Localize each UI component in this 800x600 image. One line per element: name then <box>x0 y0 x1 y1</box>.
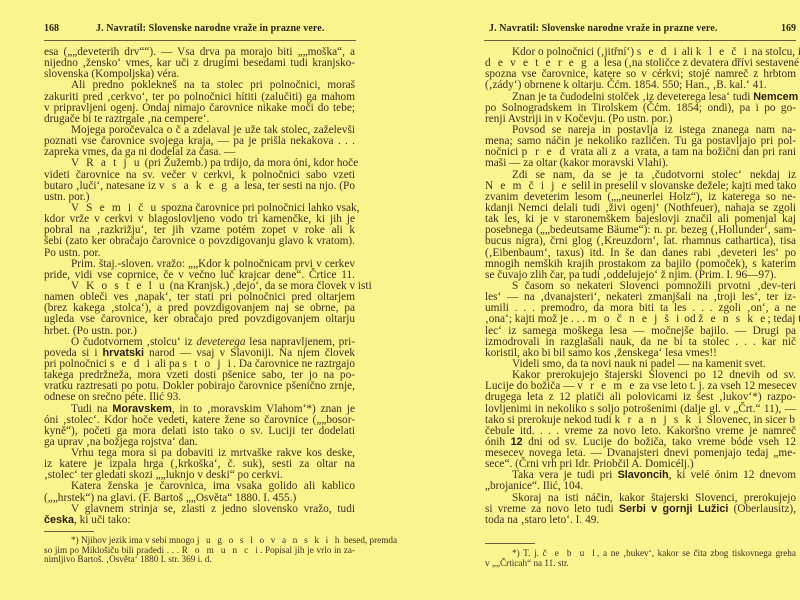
bold-emphasis: Serbi v gornji Lužici <box>619 503 729 515</box>
spaced-emphasis: j u g o s l o v a n s k i h <box>197 535 342 545</box>
footnote-rule <box>44 531 94 532</box>
bold-emphasis: Moravskem <box>112 403 171 415</box>
running-title: J. Navratil: Slovenske narodne vraže in … <box>489 23 717 34</box>
italic-emphasis: deveterega <box>196 336 245 348</box>
text-line: Ali predno poklekneš na ta stolec pri po… <box>44 80 355 91</box>
header-rule <box>484 40 796 41</box>
body-text: Kdor o polnočnici (‚jitřní‘) s e d i ali… <box>485 47 796 526</box>
running-head: J. Navratil: Slovenske narodne vraže in … <box>484 23 796 37</box>
text-line: Tudi na Moravskem, in to ‚moravskim Vlah… <box>44 404 355 415</box>
text-line: (‚Eibenbaum‘, taxus) itd. In še dan dane… <box>485 248 796 259</box>
text-line: (‚zády‘) obrnene k oltarju. Čćm. 1854. 5… <box>485 80 796 91</box>
bold-emphasis: česka <box>44 514 74 526</box>
running-head: 168 J. Navratil: Slovenske narodne vraže… <box>44 23 356 37</box>
text-line: V R a t j u (pri Žužemb.) pa trdijo, da … <box>44 158 355 169</box>
text-line: ugleda vse čarovnice, ker obračajo pred … <box>44 314 355 325</box>
spaced-emphasis: v s a k e g a <box>159 180 242 192</box>
text-line: šebi (zato ker obračajo čarovnice o povz… <box>44 236 355 247</box>
spaced-emphasis: b r e z <box>789 414 800 426</box>
header-rule <box>44 40 356 41</box>
text-line: maši — za oltar (kakor moravski Vlahi). <box>485 158 796 169</box>
text-line: odnese on srečno péte. Ilić 93. <box>44 392 355 403</box>
text-line: drugega leta z 12 platiči ali polovicami… <box>485 392 796 403</box>
bold-emphasis: Nemcem <box>753 91 798 103</box>
bold-emphasis: Slavoncih <box>618 469 669 481</box>
spaced-emphasis: k r a n j s k i <box>615 414 704 426</box>
text-line: bucus nigra), črni glog (‚Kreuzdorn‘, la… <box>485 236 796 247</box>
spaced-emphasis: ž e n s k e <box>698 313 767 325</box>
text-line: Katera ženska je čarovnica, ima vsaka go… <box>44 481 355 492</box>
spaced-emphasis: N e m č i j e <box>485 180 569 192</box>
body-text: esa („„deveterih drv““). — Vsa drva pa m… <box>44 47 355 526</box>
footnote: *) T. j. č e b u l, a ne ‚bukev‘, kakor … <box>485 549 796 568</box>
footnote-rule <box>485 543 535 544</box>
right-page: J. Navratil: Slovenske narodne vraže in … <box>400 0 800 600</box>
text-line: butaro ‚luči‘, natesane iz v s a k e g a… <box>44 181 355 192</box>
page-number: 169 <box>781 23 796 34</box>
text-line: ‚ona‘; kajti mož je . . . m o č n e j š … <box>485 314 796 325</box>
text-line: nimljivo Bartoš. ‚Osvěta‘ 1880 I. str. 3… <box>44 555 355 565</box>
text-line: „brojanice“. Ilić, 104. <box>485 481 796 492</box>
spaced-emphasis: m o č n e j š i <box>588 313 682 325</box>
left-page: 168 J. Navratil: Slovenske narodne vraže… <box>0 0 400 600</box>
spaced-emphasis: č e b u l <box>543 548 597 558</box>
text-line: lec‘ iz samega moškega lesa — močnejše b… <box>485 326 796 337</box>
text-line: v „„Črticah“ na 11. str. <box>485 559 796 569</box>
text-line: česka, ki uči tako: <box>44 515 355 526</box>
footnote: *) Njihov jezik ima v sebi mnogo j u g o… <box>44 536 355 565</box>
text-line: toda na ‚staro leto‘. I. 49. <box>485 515 796 526</box>
running-title: J. Navratil: Slovenske narodne vraže in … <box>96 23 324 34</box>
spaced-emphasis: V R a t j u <box>71 157 142 169</box>
page-number: 168 <box>44 23 59 34</box>
spaced-emphasis: R o m u n c i <box>182 545 260 555</box>
text-line: Po ustn. por. <box>44 248 355 259</box>
